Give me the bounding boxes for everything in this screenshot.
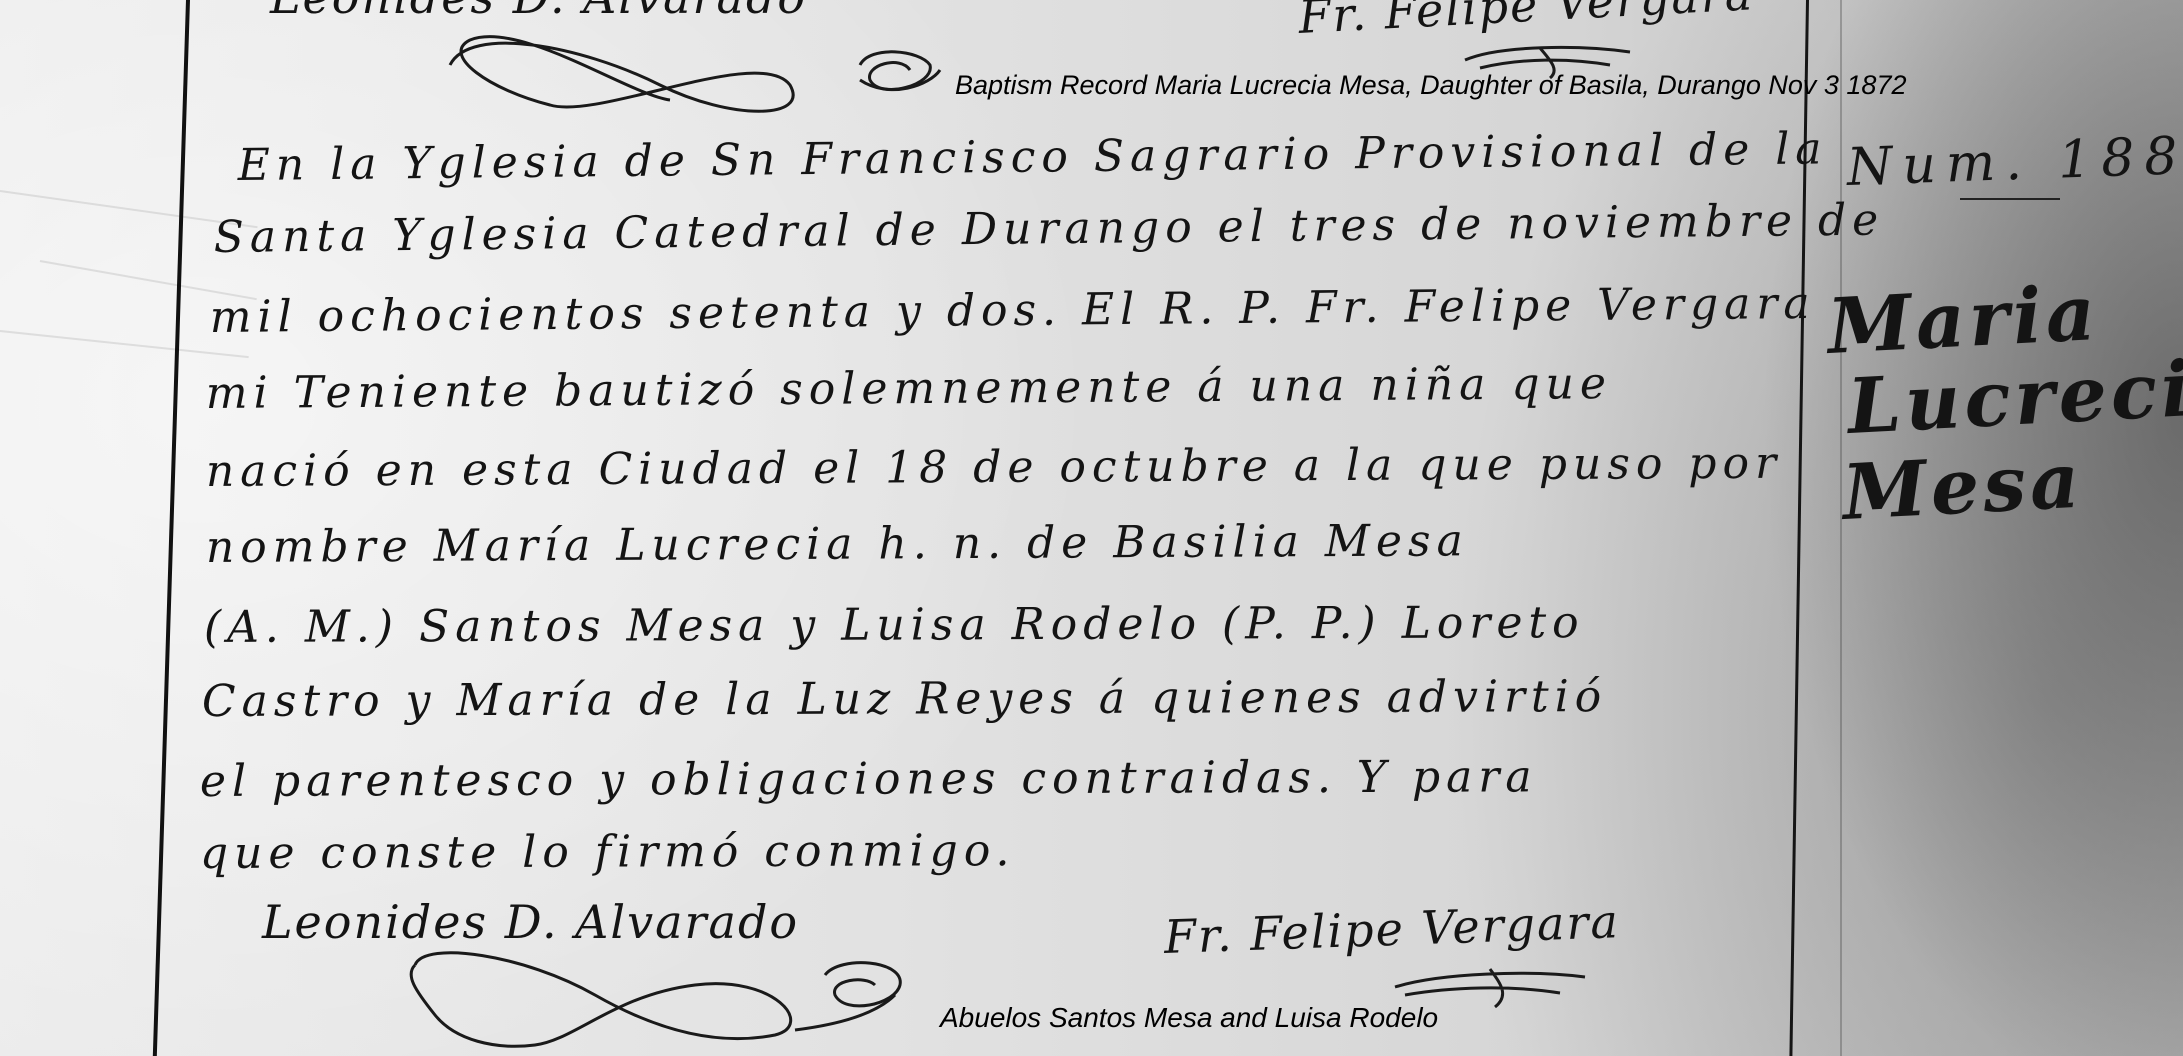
- body-line-5: nació en esta Ciudad el 18 de octubre a …: [206, 438, 1782, 497]
- record-number-underline: [1960, 198, 2060, 200]
- left-margin-rule: [153, 0, 190, 1056]
- record-number: Num. 188.: [1846, 125, 2183, 198]
- rubric-flourish-icon: [430, 25, 950, 125]
- annotation-title: Baptism Record Maria Lucrecia Mesa, Daug…: [955, 70, 1906, 101]
- annotation-grandparents: Abuelos Santos Mesa and Luisa Rodelo: [940, 1002, 1438, 1034]
- body-line-6: nombre María Lucrecia h. n. de Basilia M…: [206, 515, 1469, 573]
- signature-right: Fr. Felipe Vergara: [1163, 894, 1621, 964]
- margin-name-last: Mesa: [1840, 436, 2085, 537]
- body-line-1: En la Yglesia de Sn Francisco Sagrario P…: [237, 123, 1827, 191]
- previous-signature-left: Leonides D. Alvarado: [270, 0, 807, 24]
- faint-column-rule: [1840, 0, 1842, 1056]
- body-line-2: Santa Yglesia Catedral de Durango el tre…: [213, 195, 1884, 263]
- body-line-4: mi Teniente bautizó solemnemente á una n…: [206, 358, 1612, 419]
- rubric-flourish-icon: [395, 945, 915, 1055]
- body-line-8: Castro y María de la Luz Reyes á quienes…: [202, 671, 1608, 727]
- signature-left: Leonides D. Alvarado: [262, 895, 799, 949]
- body-line-3: mil ochocientos setenta y dos. El R. P. …: [210, 278, 1816, 343]
- body-line-10: que conste lo firmó conmigo.: [200, 825, 1016, 879]
- body-line-7: (A. M.) Santos Mesa y Luisa Rodelo (P. P…: [204, 597, 1585, 653]
- previous-signature-right: Fr. Felipe Vergara: [1297, 0, 1755, 44]
- body-line-9: el parentesco y obligaciones contraidas.…: [200, 751, 1538, 807]
- document-page: Leonides D. Alvarado Fr. Felipe Vergara …: [0, 0, 2183, 1056]
